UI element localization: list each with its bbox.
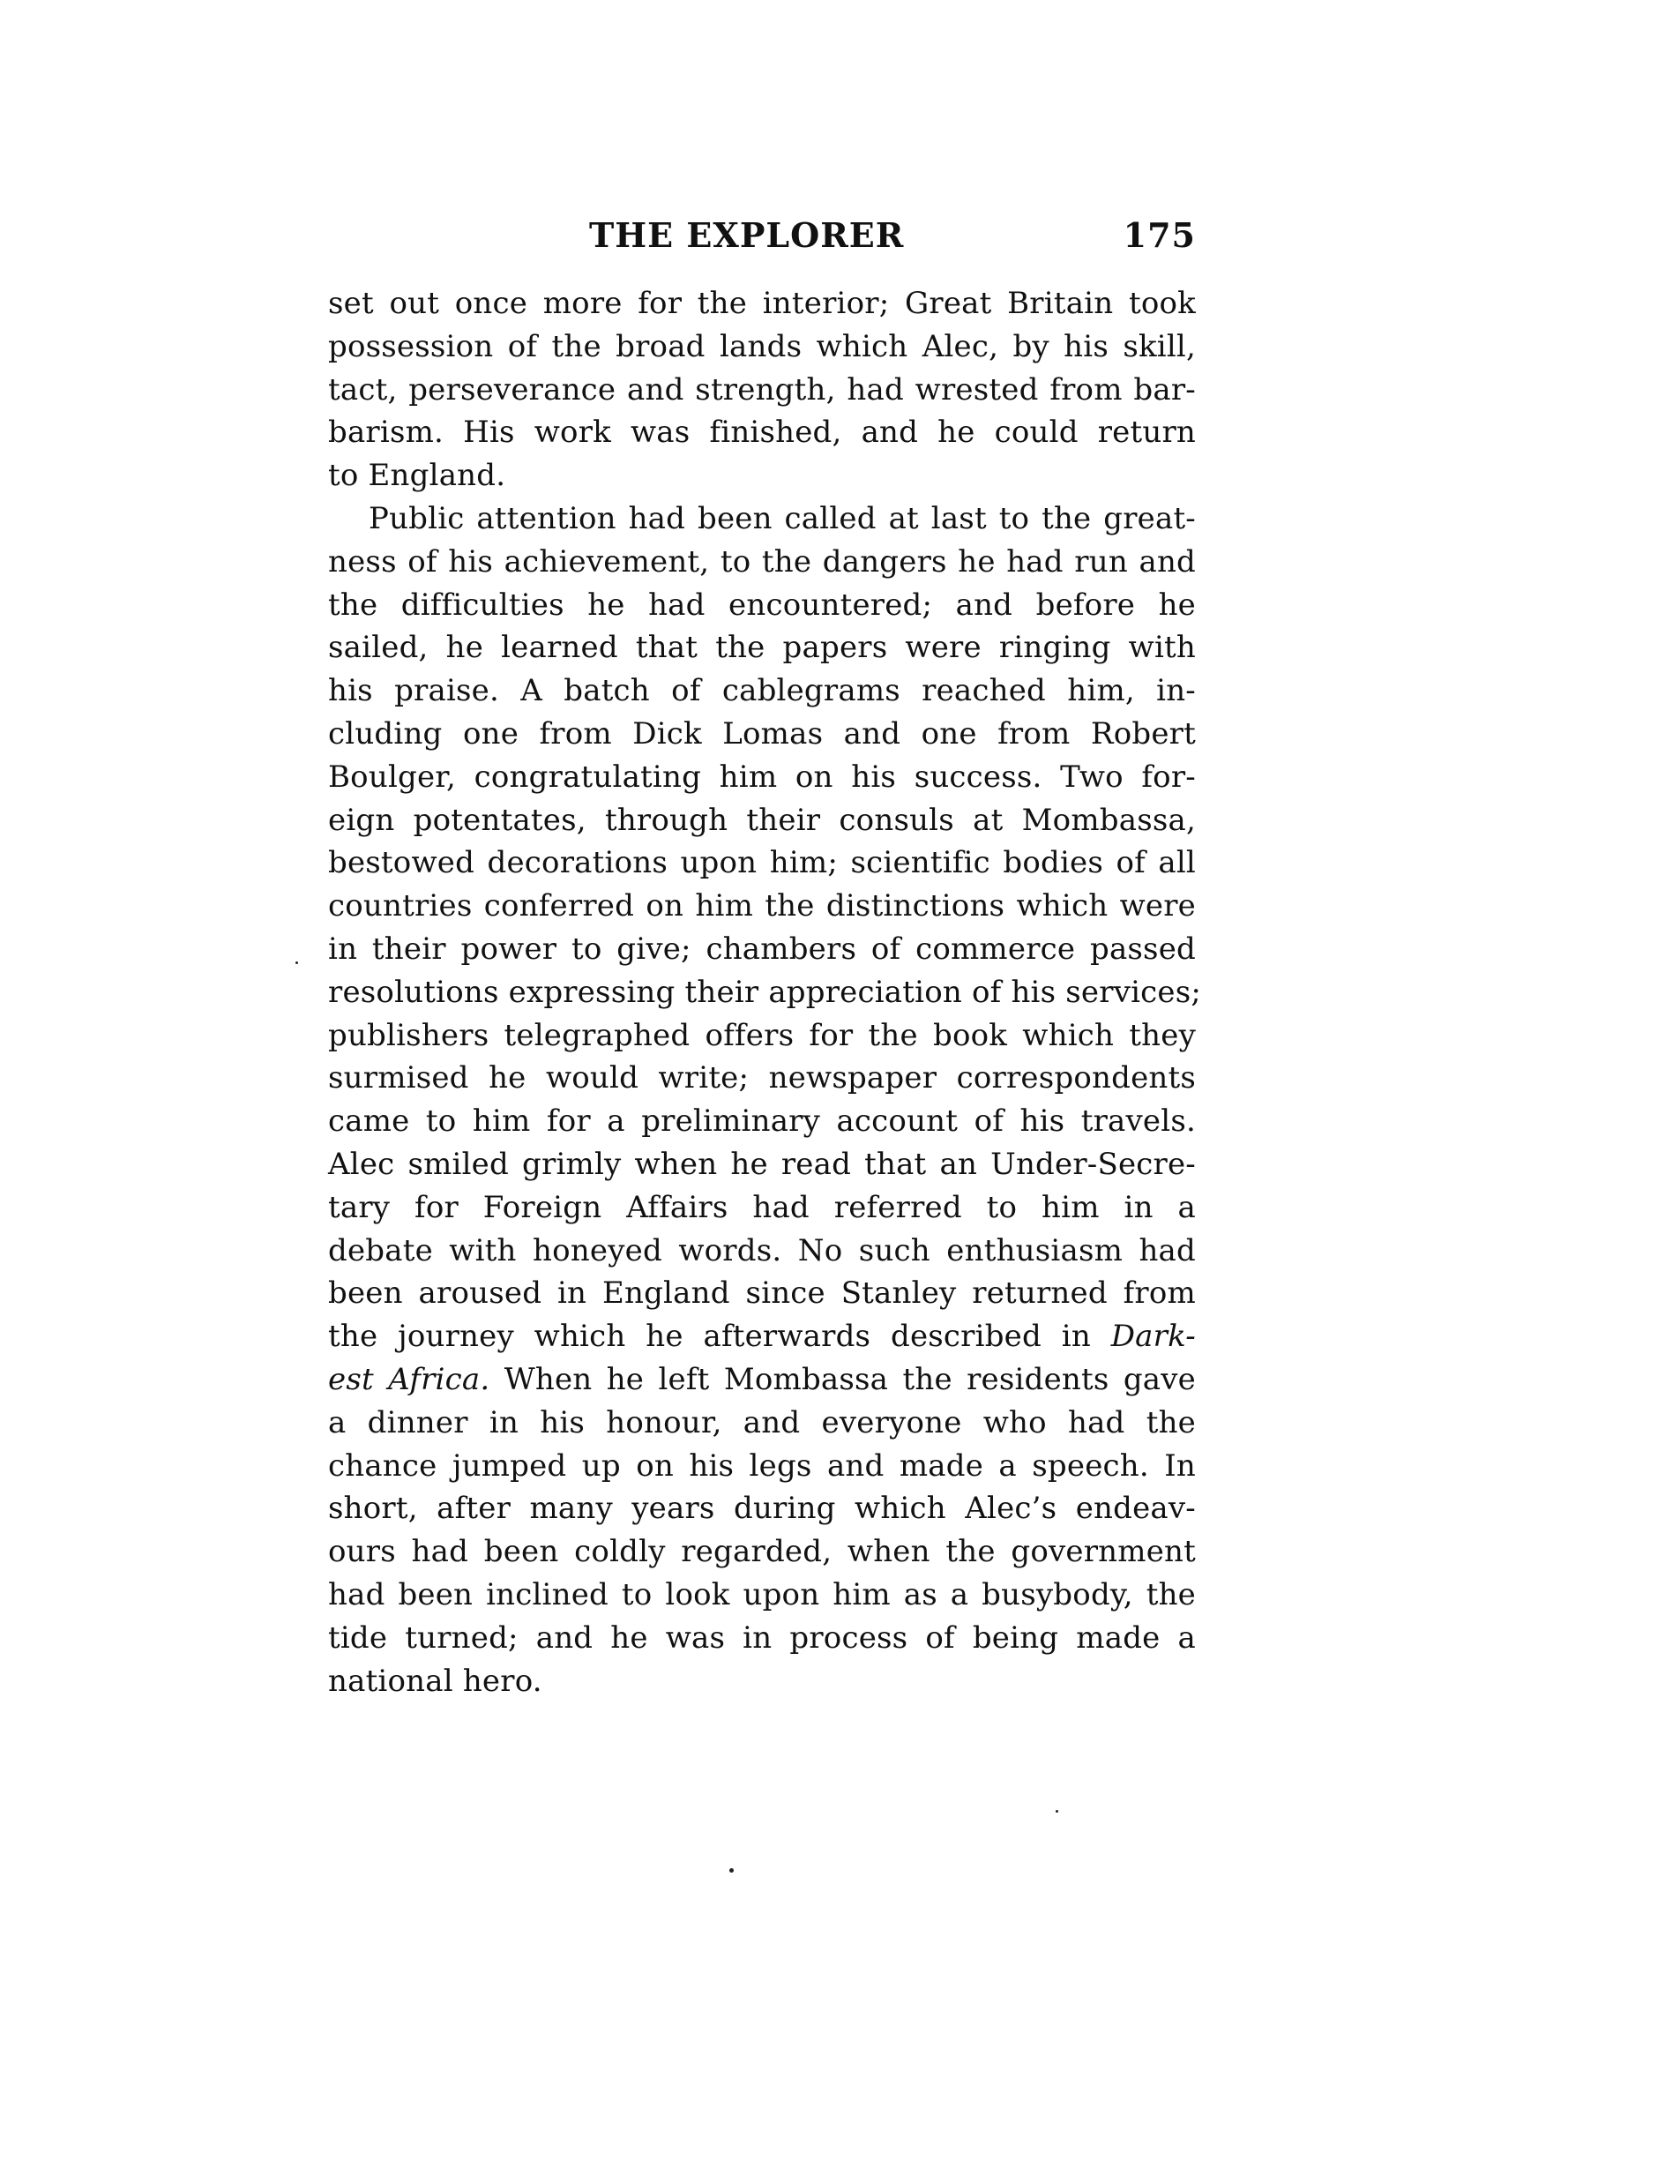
paragraph-2: Public attention had been called at last… — [328, 497, 1196, 1702]
running-title: THE EXPLORER — [589, 215, 904, 255]
text-line: publishers telegraphed offers for the bo… — [328, 1014, 1196, 1058]
text-line: tact, perseverance and strength, had wre… — [328, 369, 1196, 412]
scan-speck — [295, 961, 298, 964]
text-line: in their power to give; chambers of comm… — [328, 928, 1196, 971]
text-line: surmised he would write; newspaper corre… — [328, 1057, 1196, 1100]
text-line: barism. His work was finished, and he co… — [328, 411, 1196, 454]
text-span: When he left Mombassa the residents gave — [489, 1362, 1196, 1397]
text-line: to England. — [328, 454, 1196, 497]
page-number: 175 — [1124, 215, 1196, 255]
text-line: resolutions expressing their appreciatio… — [328, 971, 1196, 1014]
text-line: Public attention had been called at last… — [328, 497, 1196, 541]
italic-book-title: Dark- — [1111, 1319, 1196, 1354]
text-line: ness of his achievement, to the dangers … — [328, 541, 1196, 584]
text-line: a dinner in his honour, and everyone who… — [328, 1402, 1196, 1445]
text-line: ours had been coldly regarded, when the … — [328, 1530, 1196, 1574]
scan-speck — [1056, 1810, 1058, 1813]
text-line: sailed, he learned that the papers were … — [328, 626, 1196, 669]
text-line: Boulger, congratulating him on his succe… — [328, 756, 1196, 799]
running-head: THE EXPLORER 175 — [328, 215, 1196, 265]
text-line: chance jumped up on his legs and made a … — [328, 1445, 1196, 1488]
text-line: came to him for a preliminary account of… — [328, 1100, 1196, 1143]
text-line: countries conferred on him the distincti… — [328, 885, 1196, 928]
body-text: set out once more for the interior; Grea… — [328, 282, 1196, 1702]
italic-book-title: est Africa. — [328, 1362, 489, 1397]
text-line: his praise. A batch of cablegrams reache… — [328, 669, 1196, 713]
text-line: short, after many years during which Ale… — [328, 1487, 1196, 1530]
text-line: the difficulties he had encountered; and… — [328, 584, 1196, 627]
paragraph-1: set out once more for the interior; Grea… — [328, 282, 1196, 497]
text-line: bestowed decorations upon him; scientifi… — [328, 841, 1196, 885]
text-line-with-italic: the journey which he afterwards describe… — [328, 1315, 1196, 1358]
text-line: tide turned; and he was in process of be… — [328, 1617, 1196, 1660]
text-line: tary for Foreign Affairs had referred to… — [328, 1186, 1196, 1230]
text-line: had been inclined to look upon him as a … — [328, 1574, 1196, 1617]
text-line: set out once more for the interior; Grea… — [328, 282, 1196, 325]
book-page: THE EXPLORER 175 set out once more for t… — [0, 0, 1680, 2184]
scan-speck — [729, 1868, 734, 1873]
text-span: the journey which he afterwards describe… — [328, 1319, 1111, 1354]
text-line-with-italic: est Africa. When he left Mombassa the re… — [328, 1358, 1196, 1402]
text-line: eign potentates, through their consuls a… — [328, 799, 1196, 842]
text-line: Alec smiled grimly when he read that an … — [328, 1143, 1196, 1186]
text-line: possession of the broad lands which Alec… — [328, 325, 1196, 369]
text-line: debate with honeyed words. No such enthu… — [328, 1230, 1196, 1273]
text-line: been aroused in England since Stanley re… — [328, 1272, 1196, 1315]
text-line: national hero. — [328, 1660, 1196, 1703]
text-line: cluding one from Dick Lomas and one from… — [328, 713, 1196, 756]
